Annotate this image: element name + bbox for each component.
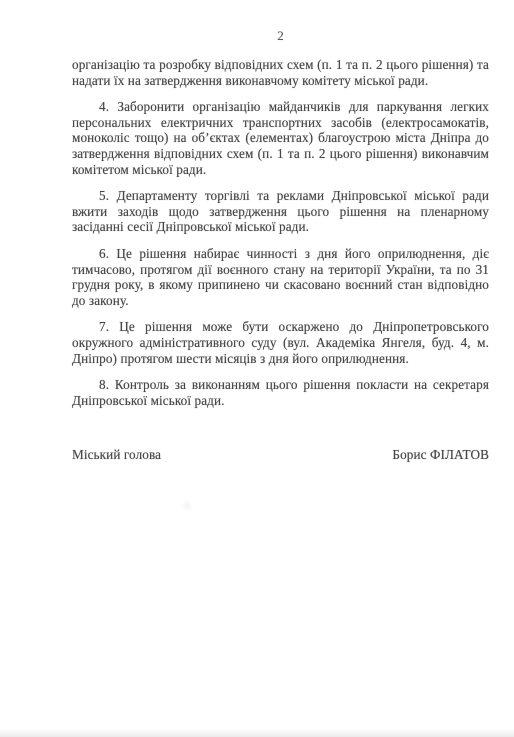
document-page: 2 організацію та розробку відповідних сх… [0, 0, 514, 737]
scan-smudge-artifact [180, 500, 194, 512]
signature-block: Міський голова Борис ФІЛАТОВ [72, 447, 489, 463]
body-paragraph-item-6: 6. Це рішення набирає чинності з дня йог… [72, 246, 489, 308]
body-paragraph-item-7: 7. Це рішення може бути оскаржено до Дні… [72, 319, 489, 366]
body-paragraph-continuation: організацію та розробку відповідних схем… [72, 57, 489, 88]
body-paragraph-item-5: 5. Департаменту торгівлі та реклами Дніп… [72, 188, 489, 235]
page-number: 2 [72, 28, 489, 44]
signature-role: Міський голова [72, 447, 161, 463]
signature-name: Борис ФІЛАТОВ [392, 447, 489, 463]
scan-shadow-artifact [0, 729, 514, 737]
body-paragraph-item-8: 8. Контроль за виконанням цього рішення … [72, 377, 489, 408]
body-paragraph-item-4: 4. Заборонити організацію майданчиків дл… [72, 99, 489, 177]
document-body: організацію та розробку відповідних схем… [72, 57, 489, 463]
